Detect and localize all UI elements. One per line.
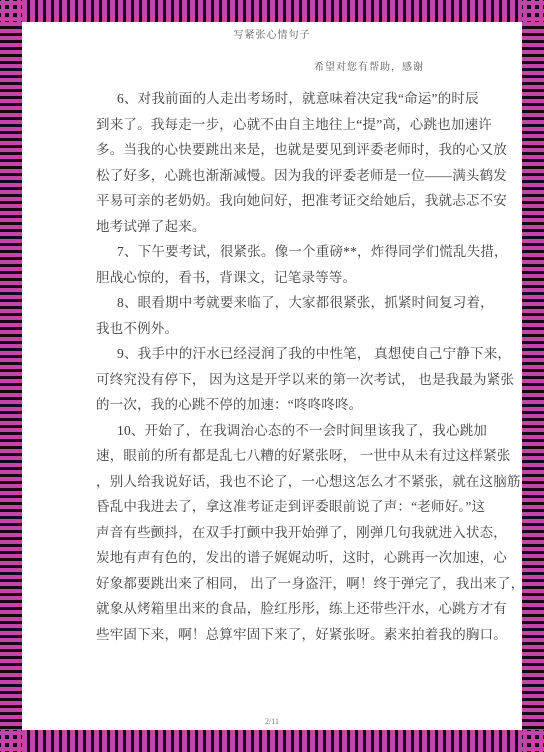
text-line: 的一次，我的心跳不停的加速：“咚咚咚咚。 xyxy=(96,392,468,418)
screenshot-root: { "theme": { "magenta": "#c444a8", "stri… xyxy=(0,0,544,752)
text-line: 松了好多，心跳也渐渐减慢。因为我的评委老师是一位——满头鹤发 xyxy=(96,163,468,189)
border-right-stripes xyxy=(522,22,544,730)
text-line: 地考试弹了起来。 xyxy=(96,214,468,240)
text-line: 就象从烤箱里出来的食品，脸红彤彤，练上还带些汗水，心跳方才有 xyxy=(96,596,468,622)
paragraph: 10、开始了，在我调治心态的不一会时间里该我了，我心跳加速，眼前的所有都是乱七八… xyxy=(96,418,468,648)
helper-note: 希望对您有帮助，感谢 xyxy=(314,58,424,73)
corner-dots-bottom-right xyxy=(522,730,544,752)
paragraph: 9、我手中的汗水已经浸润了我的中性笔， 真想使自己宁静下来，可终究没有停下， 因… xyxy=(96,341,468,418)
text-line: 6、对我前面的人走出考场时，就意味着决定我“命运”的时辰 xyxy=(96,86,468,112)
border-bottom-stripes xyxy=(22,730,522,752)
corner-dots-bottom-left xyxy=(0,730,22,752)
border-left-stripes xyxy=(0,22,22,730)
text-line: 到来了。我每走一步，心就不由自主地往上“提”高，心跳也加速许 xyxy=(96,112,468,138)
text-line: 8、眼看期中考就要来临了，大家都很紧张，抓紧时间复习着， xyxy=(96,290,468,316)
border-top-stripes xyxy=(22,0,522,22)
text-line: ，别人给我说好话，我也不论了，一心想这怎么才不紧张，就在这脑筋 xyxy=(96,469,468,495)
text-line: 平易可亲的老奶奶。我向她问好，把准考证交给她后，我就忐忑不安 xyxy=(96,188,468,214)
text-line: 多。当我的心快要跳出来是，也就是要见到评委老师时，我的心又放 xyxy=(96,137,468,163)
corner-dots-top-right xyxy=(522,0,544,22)
text-line: 胆战心惊的，看书，背课文，记笔录等等。 xyxy=(96,265,468,291)
text-line: 9、我手中的汗水已经浸润了我的中性笔， 真想使自己宁静下来， xyxy=(96,341,468,367)
text-line: 炭地有声有色的，发出的谱子娓娓动听，这时，心跳再一次加速，心 xyxy=(96,545,468,571)
page-header-title: 写紧张心情句子 xyxy=(22,26,522,41)
text-line: 好象都要跳出来了相同， 出了一身盗汗，啊！终于弹完了，我出来了， xyxy=(96,571,468,597)
page-number: 2/11 xyxy=(22,717,522,726)
document-page: 写紧张心情句子 希望对您有帮助，感谢 6、对我前面的人走出考场时，就意味着决定我… xyxy=(22,22,522,730)
text-line: 我也不例外。 xyxy=(96,316,468,342)
paragraph: 6、对我前面的人走出考场时，就意味着决定我“命运”的时辰到来了。我每走一步，心就… xyxy=(96,86,468,239)
corner-dots-top-left xyxy=(0,0,22,22)
text-line: 些牢固下来，啊！总算牢固下来了，好紧张呀。素来拍着我的胸口。 xyxy=(96,622,468,648)
text-line: 10、开始了，在我调治心态的不一会时间里该我了，我心跳加 xyxy=(96,418,468,444)
document-body: 6、对我前面的人走出考场时，就意味着决定我“命运”的时辰到来了。我每走一步，心就… xyxy=(96,86,468,647)
text-line: 可终究没有停下， 因为这是开学以来的第一次考试， 也是我最为紧张 xyxy=(96,367,468,393)
paragraph: 7、下午要考试，很紧张。像一个重磅**，炸得同学们慌乱失措，胆战心惊的，看书，背… xyxy=(96,239,468,290)
paragraph: 8、眼看期中考就要来临了，大家都很紧张，抓紧时间复习着，我也不例外。 xyxy=(96,290,468,341)
text-line: 7、下午要考试，很紧张。像一个重磅**，炸得同学们慌乱失措， xyxy=(96,239,468,265)
text-line: 声音有些颤抖，在双手打颤中我开始弹了，刚弹几句我就进入状态， xyxy=(96,520,468,546)
text-line: 速，眼前的所有都是乱七八糟的好紧张呀， 一世中从未有过这样紧张 xyxy=(96,443,468,469)
text-line: 昏乱中我进去了，拿这准考证走到评委眼前说了声：“老师好。”这 xyxy=(96,494,468,520)
